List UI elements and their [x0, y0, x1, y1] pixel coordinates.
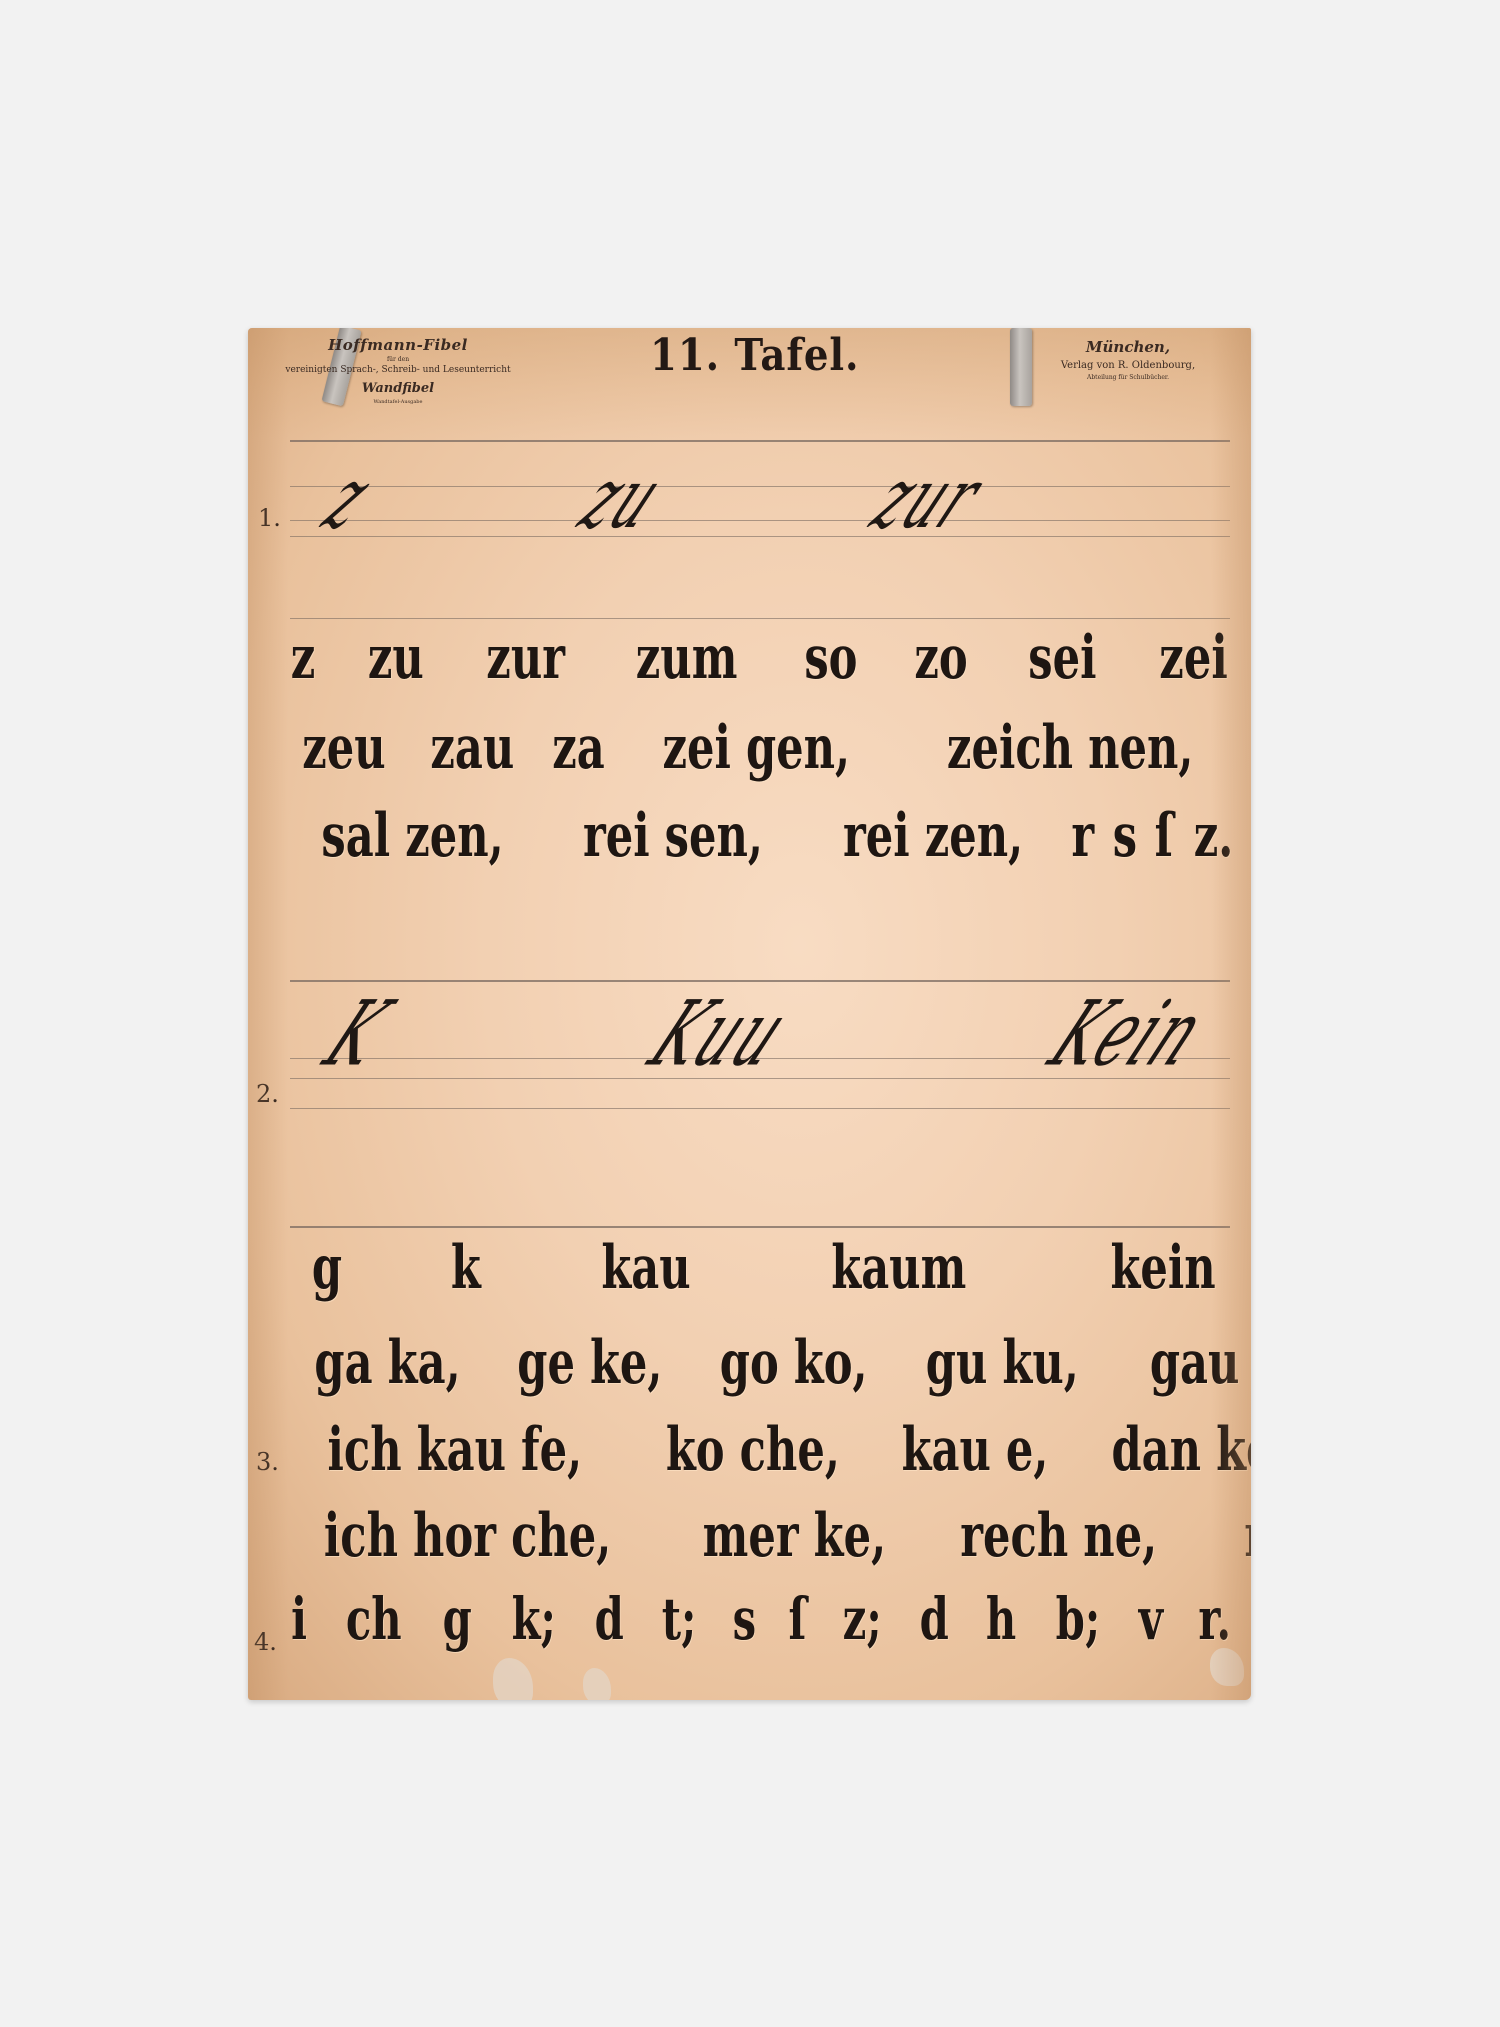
- letter: s: [732, 1590, 756, 1648]
- print-word: re de laut.: [1244, 1506, 1251, 1566]
- print-word: sei: [1028, 628, 1096, 688]
- print-word: ich kau fe,: [328, 1420, 583, 1480]
- print-row-4: g k kau kaum kein: [286, 1238, 1236, 1298]
- cursive-word: Kein: [1033, 983, 1224, 1087]
- print-row-8-letters: i ch g k; d t; s ſ z; d h b; v r.: [288, 1590, 1238, 1648]
- letter: ſ: [789, 1590, 807, 1648]
- print-row-6: ich kau fe, ko che, kau e, dan ke.: [278, 1420, 1240, 1480]
- section-divider: [290, 980, 1230, 982]
- print-word: ge ke,: [517, 1333, 662, 1393]
- header-left-series-info: Hoffmann-Fibel für den vereinigten Sprac…: [268, 336, 528, 405]
- print-word: zeu: [302, 718, 385, 778]
- cursive-row-2: K Kuu Kein: [308, 1022, 1168, 1087]
- print-word: ga ka,: [314, 1333, 460, 1393]
- series-edition: Wandtafel-Ausgabe: [268, 399, 528, 405]
- print-word: s: [1113, 806, 1137, 866]
- print-word: k: [451, 1238, 481, 1298]
- print-row-1: z zu zur zum so zo sei zei: [286, 628, 1241, 688]
- publisher-name: Verlag von R. Oldenbourg,: [1008, 360, 1248, 371]
- print-word: ko che,: [666, 1420, 840, 1480]
- letter: g: [443, 1590, 472, 1648]
- section-divider: [290, 1226, 1230, 1228]
- print-word: zei gen,: [663, 718, 851, 778]
- print-word: r: [1071, 806, 1094, 866]
- print-word: ſ: [1155, 806, 1174, 866]
- print-word: g: [312, 1238, 342, 1298]
- print-word: zum: [636, 628, 738, 688]
- section-number-2: 2.: [256, 1080, 279, 1108]
- print-word: ich hor che,: [324, 1506, 611, 1566]
- page-title: 11. Tafel.: [650, 330, 859, 381]
- publisher-city: München,: [1008, 338, 1248, 356]
- print-row-5: ga ka, ge ke, go ko, gu ku, gau kau;: [286, 1333, 1241, 1393]
- paper-tear: [493, 1658, 533, 1700]
- publisher-department: Abteilung für Schulbücher.: [1008, 374, 1248, 381]
- guide-line: [290, 486, 1230, 487]
- cursive-word: Kuu: [633, 983, 807, 1087]
- print-word: so: [804, 628, 857, 688]
- print-word: zu: [367, 628, 423, 688]
- print-word: go ko,: [719, 1333, 867, 1393]
- print-word: rei sen,: [583, 806, 763, 866]
- print-row-2: zeu zau za zei gen, zeich nen,: [286, 718, 1241, 778]
- guide-line: [290, 1108, 1230, 1109]
- paper-tear: [1210, 1648, 1244, 1686]
- print-row-7: ich hor che, mer ke, rech ne, re de laut…: [268, 1506, 1243, 1566]
- header-divider: [290, 440, 1230, 442]
- letter: z;: [843, 1590, 882, 1648]
- letter: r.: [1199, 1590, 1232, 1648]
- print-word: gu ku,: [926, 1333, 1079, 1393]
- print-word: zau: [430, 718, 514, 778]
- section-number-4: 4.: [254, 1628, 277, 1656]
- letter: i: [291, 1590, 307, 1648]
- print-word: zei: [1159, 628, 1227, 688]
- print-word: kau e,: [902, 1420, 1049, 1480]
- letter: b;: [1056, 1590, 1101, 1648]
- cursive-word: zu: [564, 452, 680, 548]
- letter: k;: [511, 1590, 555, 1648]
- print-word: zeich nen,: [946, 718, 1193, 778]
- series-wandfibel: Wandfibel: [268, 381, 528, 396]
- letter: t;: [661, 1590, 696, 1648]
- print-word: zo: [915, 628, 968, 688]
- section-number-1: 1.: [258, 504, 281, 532]
- print-word: kau: [601, 1238, 690, 1298]
- print-word: mer ke,: [703, 1506, 886, 1566]
- series-connector: für den: [268, 356, 528, 363]
- letter: ch: [346, 1590, 402, 1648]
- print-word: rech ne,: [960, 1506, 1157, 1566]
- letter: v: [1139, 1590, 1163, 1648]
- print-word: z.: [1194, 806, 1234, 866]
- print-word: sal zen,: [321, 806, 503, 866]
- print-word: zur: [486, 628, 565, 688]
- letter: d: [920, 1590, 949, 1648]
- print-word: kein: [1110, 1238, 1215, 1298]
- print-word: z: [291, 628, 316, 688]
- header-right-publisher-info: München, Verlag von R. Oldenbourg, Abtei…: [1008, 338, 1248, 381]
- print-word: kaum: [831, 1238, 966, 1298]
- print-word: za: [552, 718, 605, 778]
- cursive-word: zur: [856, 452, 999, 548]
- series-title: Hoffmann-Fibel: [268, 336, 528, 354]
- series-subtitle: vereinigten Sprach-, Schreib- und Leseun…: [268, 365, 528, 375]
- letter: h: [986, 1590, 1016, 1648]
- cursive-word: z: [308, 452, 388, 548]
- print-word: dan ke.: [1112, 1420, 1251, 1480]
- letter: d: [595, 1590, 624, 1648]
- paper-tear: [583, 1668, 611, 1700]
- guide-line: [290, 618, 1230, 619]
- wall-chart-poster: Hoffmann-Fibel für den vereinigten Sprac…: [248, 328, 1251, 1700]
- print-word: gau kau;: [1149, 1333, 1251, 1393]
- print-row-3: sal zen, rei sen, rei zen, r s ſ z.: [286, 806, 1241, 866]
- section-number-3: 3.: [256, 1448, 279, 1476]
- cursive-word: K: [308, 983, 407, 1087]
- cursive-row-1: z zu zur: [308, 488, 948, 548]
- print-word: rei zen,: [843, 806, 1023, 866]
